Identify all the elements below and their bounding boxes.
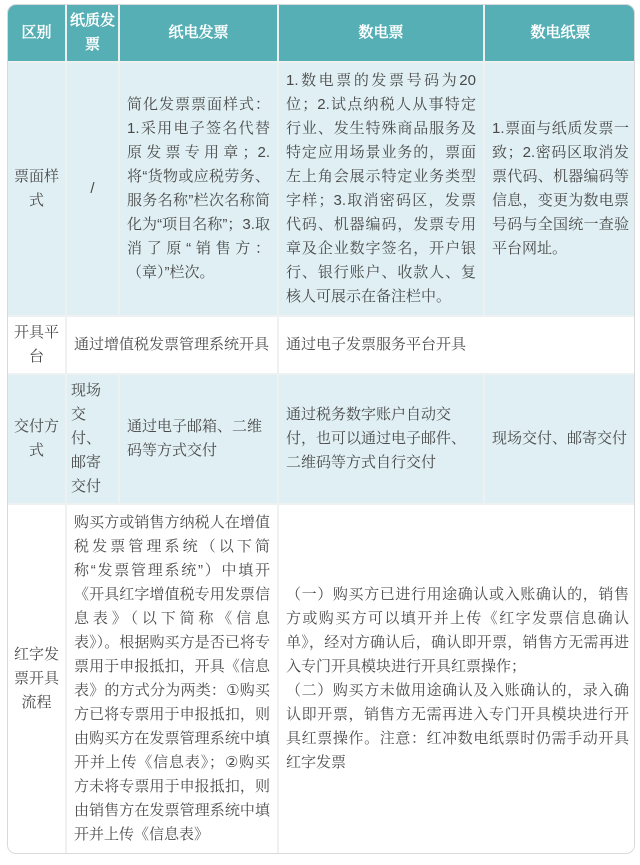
cell-face-style-paper: / xyxy=(66,62,119,316)
red-letter-digital-paragraph-1: （一）购买方已进行用途确认或入账确认的，销售方或购买方可以填开并上传《红字发票信… xyxy=(286,583,629,679)
invoice-comparison-table: 区别 纸质发票 纸电发票 数电票 数电纸票 票面样式 / 简化发票票面样式：1.… xyxy=(7,4,635,854)
header-cell-difference: 区别 xyxy=(8,5,66,62)
row-label-invoice-face-style: 票面样式 xyxy=(8,62,66,316)
row-issuing-platform: 开具平台 通过增值税发票管理系统开具 通过电子发票服务平台开具 xyxy=(8,316,635,374)
row-delivery-method: 交付方式 现场交付、邮寄交付 通过电子邮箱、二维码等方式交付 通过税务数字账户自… xyxy=(8,374,635,504)
row-label-delivery-method: 交付方式 xyxy=(8,374,66,504)
cell-face-style-digital-paper: 1.票面与纸质发票一致；2.密码区取消发票代码、机器编码等信息，变更为数电票号码… xyxy=(484,62,635,316)
cell-face-style-paper-electronic: 简化发票票面样式：1.采用电子签名代替原发票专用章；2.将“货物或应税劳务、服务… xyxy=(119,62,278,316)
header-cell-paper-invoice: 纸质发票 xyxy=(66,5,119,62)
red-letter-digital-paragraph-2: （二）购买方未做用途确认及入账确认的，录入确认即开票，销售方无需再进入专门开具模… xyxy=(286,679,629,775)
row-invoice-face-style: 票面样式 / 简化发票票面样式：1.采用电子签名代替原发票专用章；2.将“货物或… xyxy=(8,62,635,316)
row-label-issuing-platform: 开具平台 xyxy=(8,316,66,374)
header-cell-paper-electronic-invoice: 纸电发票 xyxy=(119,5,278,62)
cell-platform-electronic-service: 通过电子发票服务平台开具 xyxy=(278,316,635,374)
header-row: 区别 纸质发票 纸电发票 数电票 数电纸票 xyxy=(8,5,635,62)
cell-face-style-digital: 1.数电票的发票号码为20位；2.试点纳税人从事特定行业、发生特殊商品服务及特定… xyxy=(278,62,484,316)
cell-delivery-digital-paper: 现场交付、邮寄交付 xyxy=(484,374,635,504)
cell-platform-vat-system: 通过增值税发票管理系统开具 xyxy=(66,316,278,374)
cell-delivery-paper-electronic: 通过电子邮箱、二维码等方式交付 xyxy=(119,374,278,504)
header-cell-digital-paper-invoice: 数电纸票 xyxy=(484,5,635,62)
row-red-letter-invoice-process: 红字发票开具流程 购买方或销售方纳税人在增值税发票管理系统（以下简称“发票管理系… xyxy=(8,504,635,853)
row-label-red-letter-process: 红字发票开具流程 xyxy=(8,504,66,853)
cell-red-letter-digital-process: （一）购买方已进行用途确认或入账确认的，销售方或购买方可以填开并上传《红字发票信… xyxy=(278,504,635,853)
cell-delivery-paper: 现场交付、邮寄交付 xyxy=(66,374,119,504)
header-cell-digital-electronic-invoice: 数电票 xyxy=(278,5,484,62)
cell-red-letter-paper-process: 购买方或销售方纳税人在增值税发票管理系统（以下简称“发票管理系统”）中填开《开具… xyxy=(66,504,278,853)
cell-delivery-digital: 通过税务数字账户自动交付，也可以通过电子邮件、二维码等方式自行交付 xyxy=(278,374,484,504)
